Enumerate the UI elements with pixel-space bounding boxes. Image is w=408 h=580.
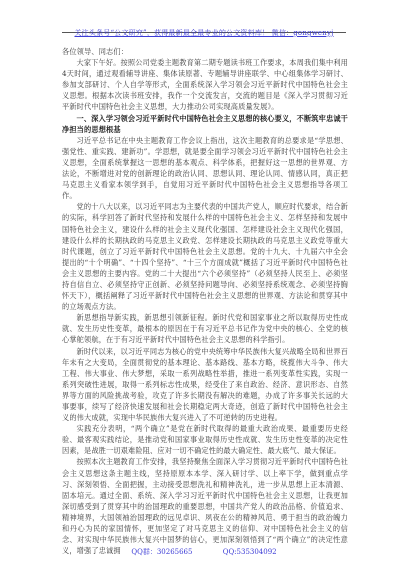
paragraph: 新思想指导新实践，新思想引领新征程。新时代党和国家事业之所以取得历史性成就、发生…: [62, 312, 348, 345]
section-heading: 一、深入学习领会习近平新时代中国特色社会主义思想的核心要义，不断筑牢忠诚干净担当…: [62, 113, 348, 135]
header-banner: 关注头条号“公文研究”，获得最新最全最专业的公文资料库！ 微信：gongweny…: [62, 20, 346, 33]
paragraph: 大家下午好。按照公司党委主题教育第二期专题读书班工作要求，本周我们集中利用4天时…: [62, 57, 348, 112]
paragraph: 按照本次主题教育工作安排，我坚持聚焦全面深入学习贯彻习近平新时代中国特色社会主义…: [62, 456, 348, 556]
paragraph: 习近平总书记在中央主题教育工作会议上指出，这次主题教育的总要求是“学思想、强党性…: [62, 135, 348, 202]
document-body: 各位领导、同志们： 大家下午好。按照公司党委主题教育第二期专题读书班工作要求，本…: [62, 46, 348, 556]
header-banner-link[interactable]: 关注头条号“公文研究”，获得最新最全最专业的公文资料库！ 微信：gongweny…: [74, 29, 333, 37]
paragraph: 新时代以来，以习近平同志为核心的党中央统筹中华民族伟大复兴战略全局和世界百年未有…: [62, 346, 348, 424]
qq-group-text: QQ群：30265665: [131, 547, 192, 557]
salutation: 各位领导、同志们：: [62, 46, 348, 57]
paragraph: 实践充分表明，“两个确立”是党在新时代取得的最重大政治成果、最重要历史经验、最客…: [62, 423, 348, 456]
qq-text: QQ:535304092: [223, 548, 277, 556]
footer-contacts: QQ群：30265665 QQ:535304092: [0, 547, 408, 557]
document-page: 关注头条号“公文研究”，获得最新最全最专业的公文资料库！ 微信：gongweny…: [0, 0, 408, 580]
paragraph: 党的十八大以来，以习近平同志为主要代表的中国共产党人，顺应时代要求，结合新的实际…: [62, 201, 348, 312]
